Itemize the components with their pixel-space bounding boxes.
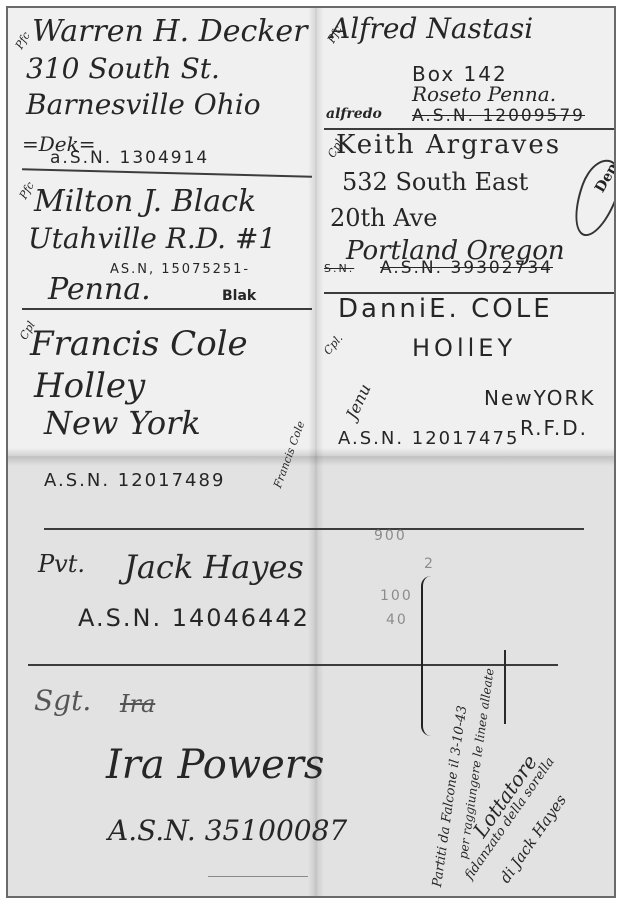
entry-name: DanniE. COLE [338, 294, 553, 324]
entry-rfd: R.F.D. [520, 416, 588, 440]
entry-asn: A.S.N. 35100087 [108, 814, 347, 847]
address-sheet: Pfc Warren H. Decker 310 South St. Barne… [6, 6, 616, 898]
entry-state: NewYORK [484, 386, 596, 410]
entry-name: Jack Hayes [124, 548, 304, 586]
entry-city: Roseto Penna. [412, 82, 556, 106]
entry-asn: A.S.N. 12009579 [412, 106, 585, 126]
entry-address: 310 South St. [26, 52, 220, 85]
entry-asn: a.S.N. 1304914 [50, 148, 209, 168]
entry-asn: A.S.N. 12017475 [338, 428, 519, 449]
entry-asn: A.S.N. 14046442 [78, 604, 310, 632]
divider-line [22, 308, 312, 310]
pencil-number: 900 [374, 528, 407, 544]
entry-address: Utahville R.D. #1 [28, 222, 276, 255]
entry-name: Keith Argraves [336, 130, 561, 160]
margin-line [504, 650, 506, 724]
rank-label: Pvt. [38, 550, 85, 578]
entry-state: Penna. [48, 272, 151, 307]
entry-address: 532 South East [342, 168, 528, 196]
entry-address-2: 20th Ave [330, 204, 437, 232]
entry-signature: Blak [222, 288, 256, 304]
entry-city: Barnesville Ohio [26, 88, 261, 121]
pencil-number: 40 [386, 612, 408, 628]
entry-signature: alfredo [326, 106, 382, 122]
entry-state: New York [44, 404, 201, 442]
pencil-number: 100 [380, 588, 413, 604]
rank-label: Sgt. [34, 684, 91, 717]
entry-asn: A.S.N. 39302734 [380, 258, 553, 278]
horizontal-fold [8, 448, 614, 466]
entry-name: Francis Cole [30, 324, 248, 364]
underline [208, 876, 308, 877]
entry-town: HOllEY [412, 334, 516, 362]
entry-name: Warren H. Decker [32, 14, 308, 49]
bracket-mark [421, 576, 451, 736]
divider-line [28, 664, 558, 666]
entry-name: Milton J. Black [34, 184, 256, 219]
entry-asn: A.S.N. 12017489 [44, 470, 225, 491]
entry-name: Alfred Nastasi [330, 12, 533, 45]
struck-name: Ira [120, 690, 155, 718]
struck-prefix: S.N. [324, 262, 354, 275]
divider-line [44, 528, 584, 530]
pencil-number: 2 [424, 556, 435, 572]
entry-name: Ira Powers [106, 742, 324, 788]
entry-town: Holley [34, 366, 145, 406]
